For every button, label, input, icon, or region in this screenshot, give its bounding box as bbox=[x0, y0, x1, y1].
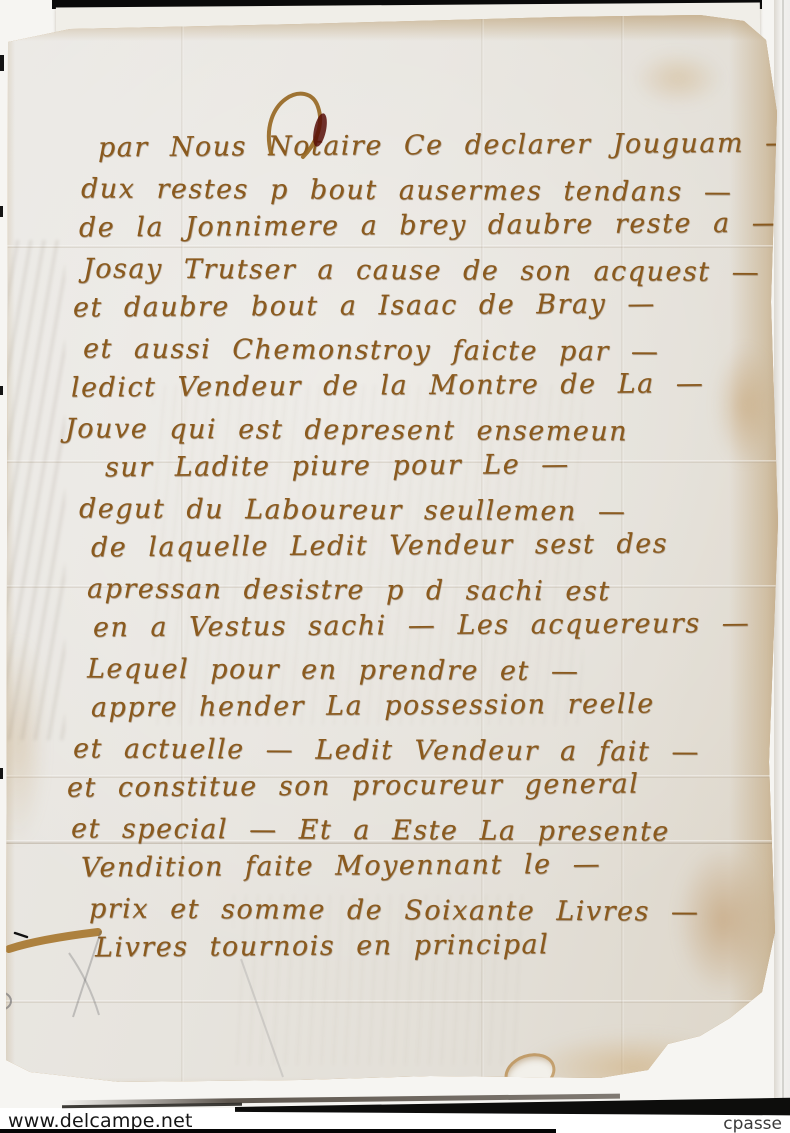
parchment-surface: par Nous Notaire Ce declarer Jouguam — d… bbox=[3, 15, 787, 1109]
manuscript-line: Vendition faite Moyennant le — bbox=[3, 848, 787, 893]
manuscript-line: sur Ladite piure pour Le — bbox=[3, 448, 787, 493]
age-stain bbox=[633, 51, 723, 106]
manuscript-line: et constitue son procureur general bbox=[3, 768, 787, 813]
manuscript-line: Livres tournois en principal bbox=[3, 928, 787, 973]
parchment-page: par Nous Notaire Ce declarer Jouguam — d… bbox=[0, 12, 790, 1112]
manuscript-line: appre hender La possession reelle bbox=[3, 688, 787, 733]
scan-edge-artifact bbox=[0, 206, 3, 217]
manuscript-line: et daubre bout a Isaac de Bray — bbox=[3, 288, 787, 333]
age-stain bbox=[523, 1033, 743, 1103]
manuscript-line: ledict Vendeur de la Montre de La — bbox=[3, 368, 787, 413]
manuscript-line: par Nous Notaire Ce declarer Jouguam — bbox=[3, 128, 787, 173]
scanned-manuscript-photo: par Nous Notaire Ce declarer Jouguam — d… bbox=[0, 0, 790, 1133]
scan-edge-artifact bbox=[0, 768, 3, 779]
scan-bottom-edge-line bbox=[0, 1129, 556, 1133]
watermark-corner-text: cpasse bbox=[723, 1114, 782, 1133]
scan-edge-artifact bbox=[0, 55, 4, 71]
scan-edge-artifact bbox=[0, 386, 3, 395]
manuscript-line: de laquelle Ledit Vendeur sest des bbox=[3, 528, 787, 573]
manuscript-line: de la Jonnimere a brey daubre reste a — bbox=[3, 208, 787, 253]
manuscript-line: en a Vestus sachi — Les acquereurs — bbox=[3, 608, 787, 653]
manuscript-text-block: par Nous Notaire Ce declarer Jouguam — d… bbox=[3, 133, 787, 973]
